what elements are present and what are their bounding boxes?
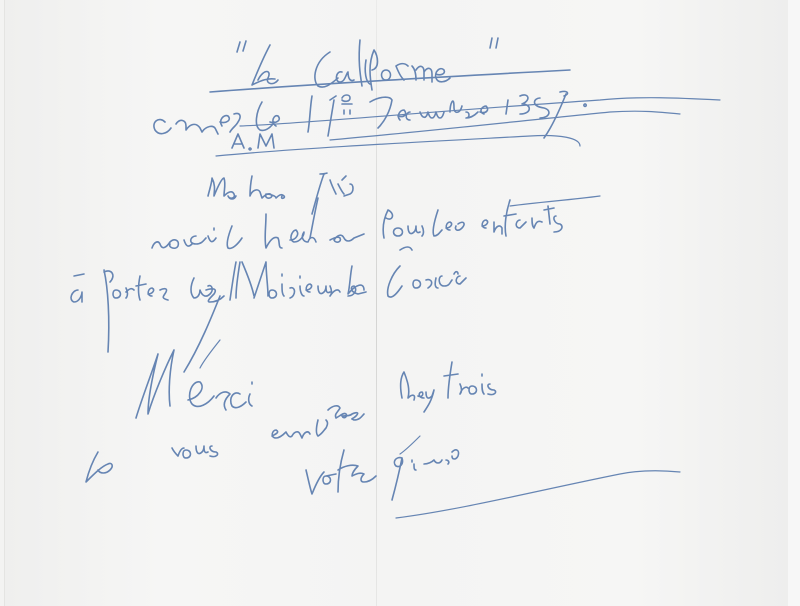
salutation-strokes xyxy=(208,173,353,214)
title-strokes xyxy=(210,38,570,92)
line2-strokes xyxy=(71,247,466,372)
closing-strokes xyxy=(86,362,496,482)
signature-strokes xyxy=(306,450,680,518)
handwriting-strokes xyxy=(0,0,800,606)
line1-strokes xyxy=(152,196,600,248)
date-strokes xyxy=(154,91,720,156)
merci-strokes xyxy=(136,340,252,418)
